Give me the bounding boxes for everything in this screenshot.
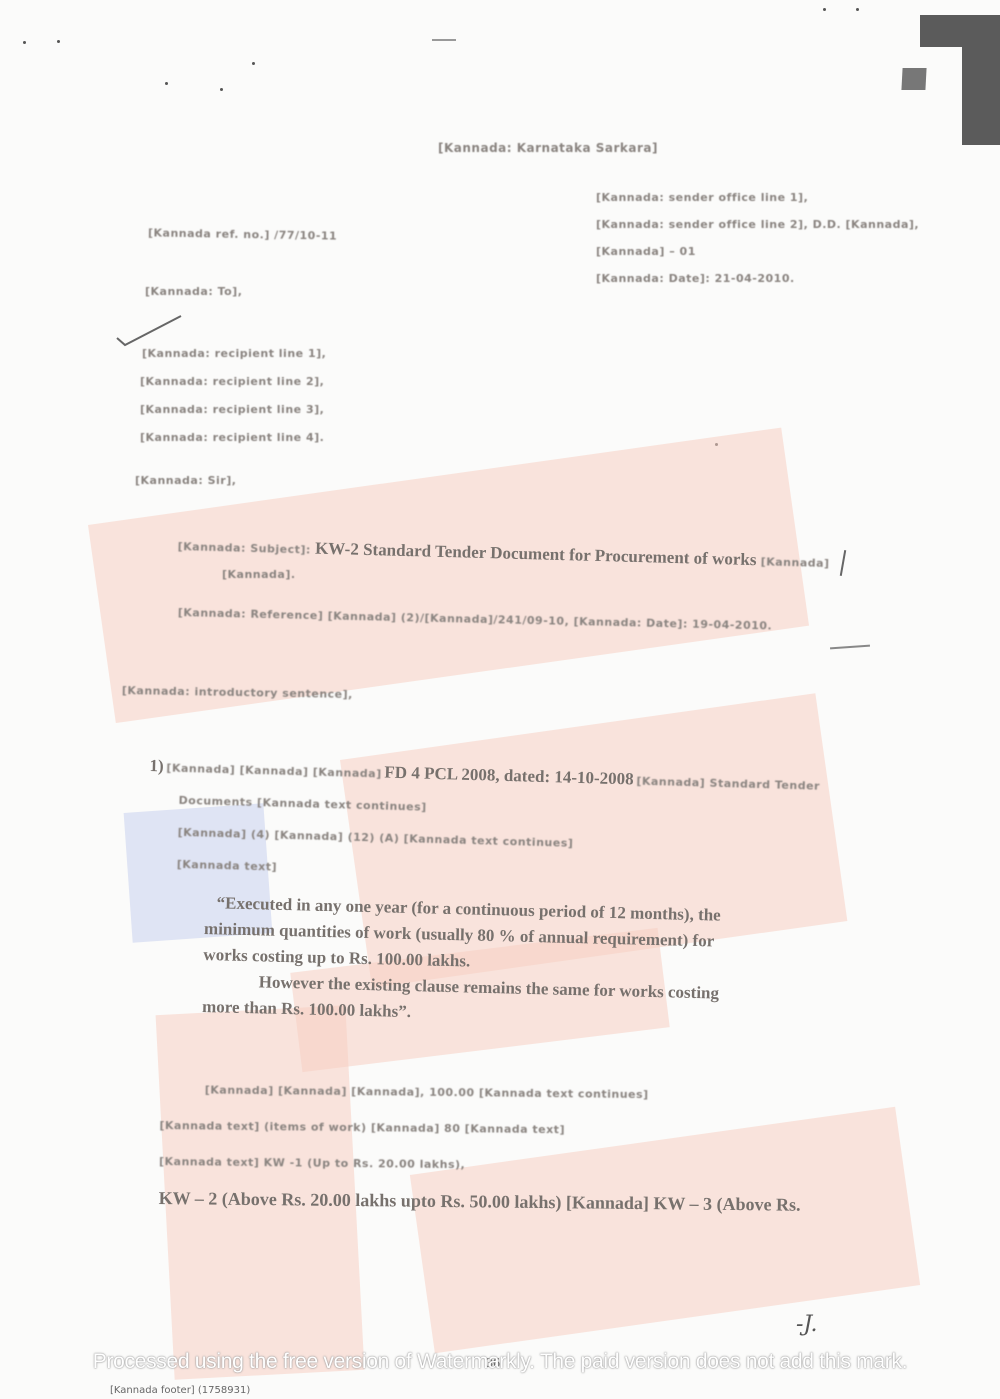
reference-number: [Kannada ref. no.] /77/10-11	[148, 226, 337, 242]
recipient-block: [Kannada: recipient line 1], [Kannada: r…	[140, 340, 326, 452]
recipient-line: [Kannada: recipient line 1],	[140, 340, 326, 368]
scan-dot	[57, 40, 60, 43]
scan-dot	[23, 41, 26, 44]
scan-dot	[856, 8, 859, 11]
footer-line: [Kannada footer] (1758931)	[110, 1385, 250, 1396]
paragraph-2: [Kannada] [Kannada] [Kannada], 100.00 [K…	[158, 1072, 801, 1223]
address-date: [Kannada: Date]: 21-04-2010.	[596, 265, 919, 292]
address-line: [Kannada] – 01	[596, 238, 919, 265]
address-line: [Kannada: sender office line 2], D.D. [K…	[596, 211, 919, 238]
paragraph-1: 1) [Kannada] [Kannada] [Kannada] FD 4 PC…	[146, 750, 849, 899]
watermark-overlay-text: Processed using the free version of Wate…	[0, 1350, 1000, 1374]
file-tab-artifact-vertical	[962, 15, 1000, 145]
recipient-line: [Kannada: recipient line 4].	[140, 424, 326, 452]
scan-mark	[432, 39, 456, 41]
quoted-clause: “Executed in any one year (for a continu…	[202, 890, 721, 1033]
subject-label: [Kannada: Subject]:	[178, 540, 311, 556]
scan-dot	[823, 8, 826, 11]
handwritten-initial: -J.	[796, 1312, 818, 1337]
scan-dot	[165, 82, 168, 85]
para2-line: KW – 2 (Above Rs. 20.00 lakhs upto Rs. 5…	[158, 1180, 800, 1223]
salutation: [Kannada: Sir],	[135, 474, 236, 487]
recipient-line: [Kannada: recipient line 2],	[140, 368, 326, 396]
subject-continuation: [Kannada].	[222, 568, 296, 581]
watermark-shape	[88, 428, 809, 723]
scan-dot	[220, 88, 223, 91]
address-block: [Kannada: sender office line 1], [Kannad…	[596, 184, 919, 292]
scan-dot	[252, 62, 255, 65]
recipient-line: [Kannada: recipient line 3],	[140, 396, 326, 424]
para1-order-ref: FD 4 PCL 2008, dated: 14-10-2008	[384, 763, 634, 789]
margin-mark	[830, 645, 870, 650]
para1-suffix: [Kannada] Standard Tender	[636, 775, 820, 793]
para2-line: [Kannada text] KW -1 (Up to Rs. 20.00 la…	[159, 1144, 801, 1187]
scan-fleck	[901, 68, 926, 90]
margin-mark	[840, 550, 846, 576]
letterhead-title: [Kannada: Karnataka Sarkara]	[438, 141, 658, 155]
address-line: [Kannada: sender office line 1],	[596, 184, 919, 211]
from-label: [Kannada: To],	[145, 285, 242, 298]
para1-prefix: [Kannada] [Kannada] [Kannada]	[166, 761, 382, 780]
subject-suffix: [Kannada]	[761, 555, 830, 570]
